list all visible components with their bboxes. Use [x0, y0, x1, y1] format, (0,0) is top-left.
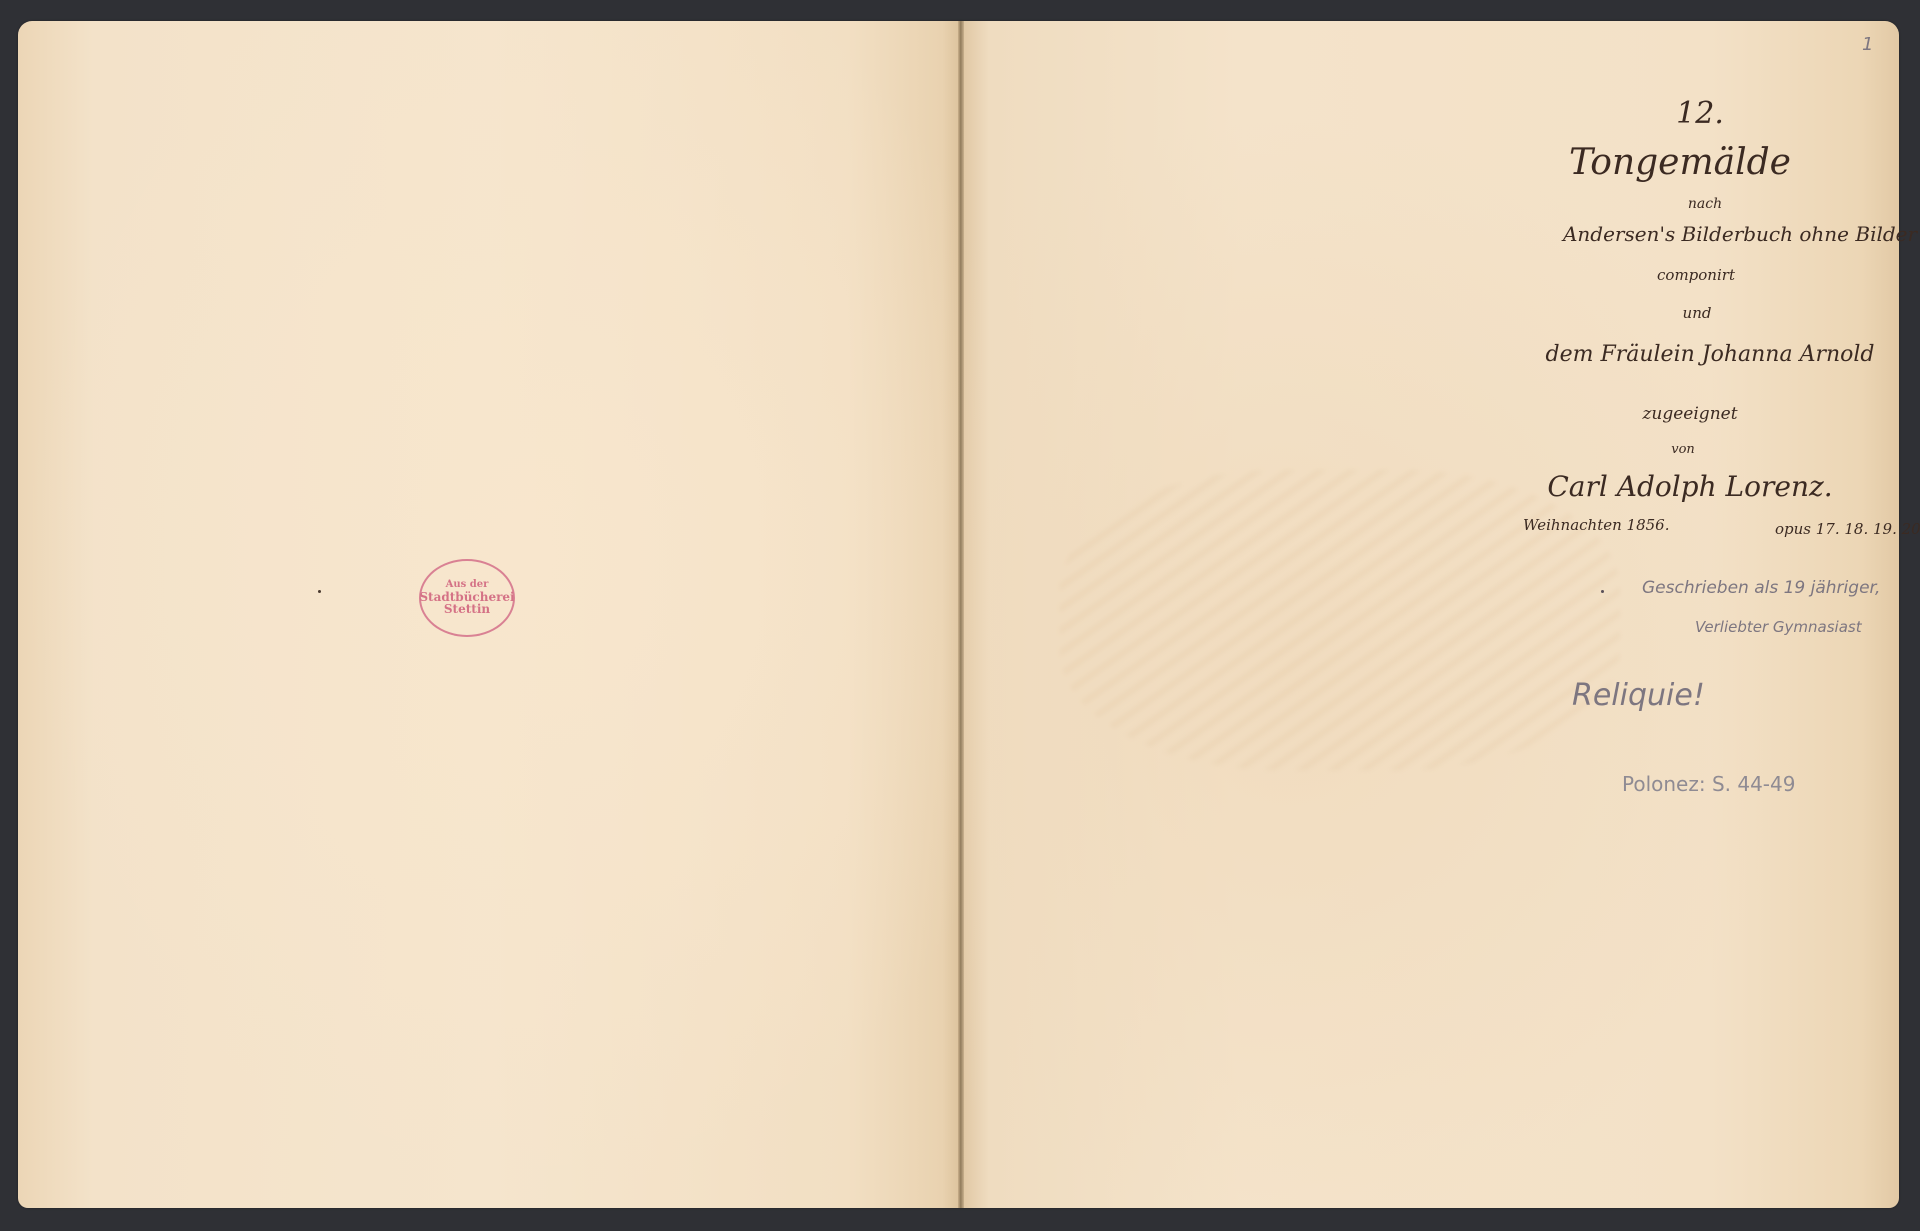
book-gutter	[958, 21, 964, 1208]
opus-line: opus 17. 18. 19. 20.	[1775, 520, 1920, 538]
folio-number: 1	[1862, 34, 1873, 55]
line-nach: nach	[1688, 196, 1722, 212]
line-und: und	[1683, 304, 1712, 322]
date-line: Weihnachten 1856.	[1523, 516, 1669, 534]
line-von: von	[1671, 442, 1695, 457]
pencil-dot	[1601, 590, 1604, 593]
pencil-note-written-at-19: Geschrieben als 19 jähriger,	[1642, 578, 1880, 598]
pencil-note-reliquie: Reliquie!	[1572, 678, 1705, 713]
pencil-note-gymnasiast: Verliebter Gymnasiast	[1695, 618, 1862, 636]
library-stamp: Aus der Stadtbücherei Stettin	[419, 559, 515, 637]
author-name: Carl Adolph Lorenz.	[1547, 470, 1832, 503]
pencil-note-polonez: Polonez: S. 44-49	[1622, 772, 1795, 796]
work-title: Tongemälde	[1569, 142, 1791, 183]
line-zugeeignet: zugeeignet	[1642, 404, 1737, 424]
paper-stain	[1060, 470, 1620, 770]
work-number: 12.	[1676, 96, 1724, 131]
stamp-line-3: Stettin	[444, 603, 490, 616]
source-line: Andersen's Bilderbuch ohne Bilder	[1563, 222, 1917, 246]
dedication-line: dem Fräulein Johanna Arnold	[1545, 342, 1874, 367]
line-componirt: componirt	[1657, 266, 1735, 284]
ink-speck	[318, 590, 321, 593]
